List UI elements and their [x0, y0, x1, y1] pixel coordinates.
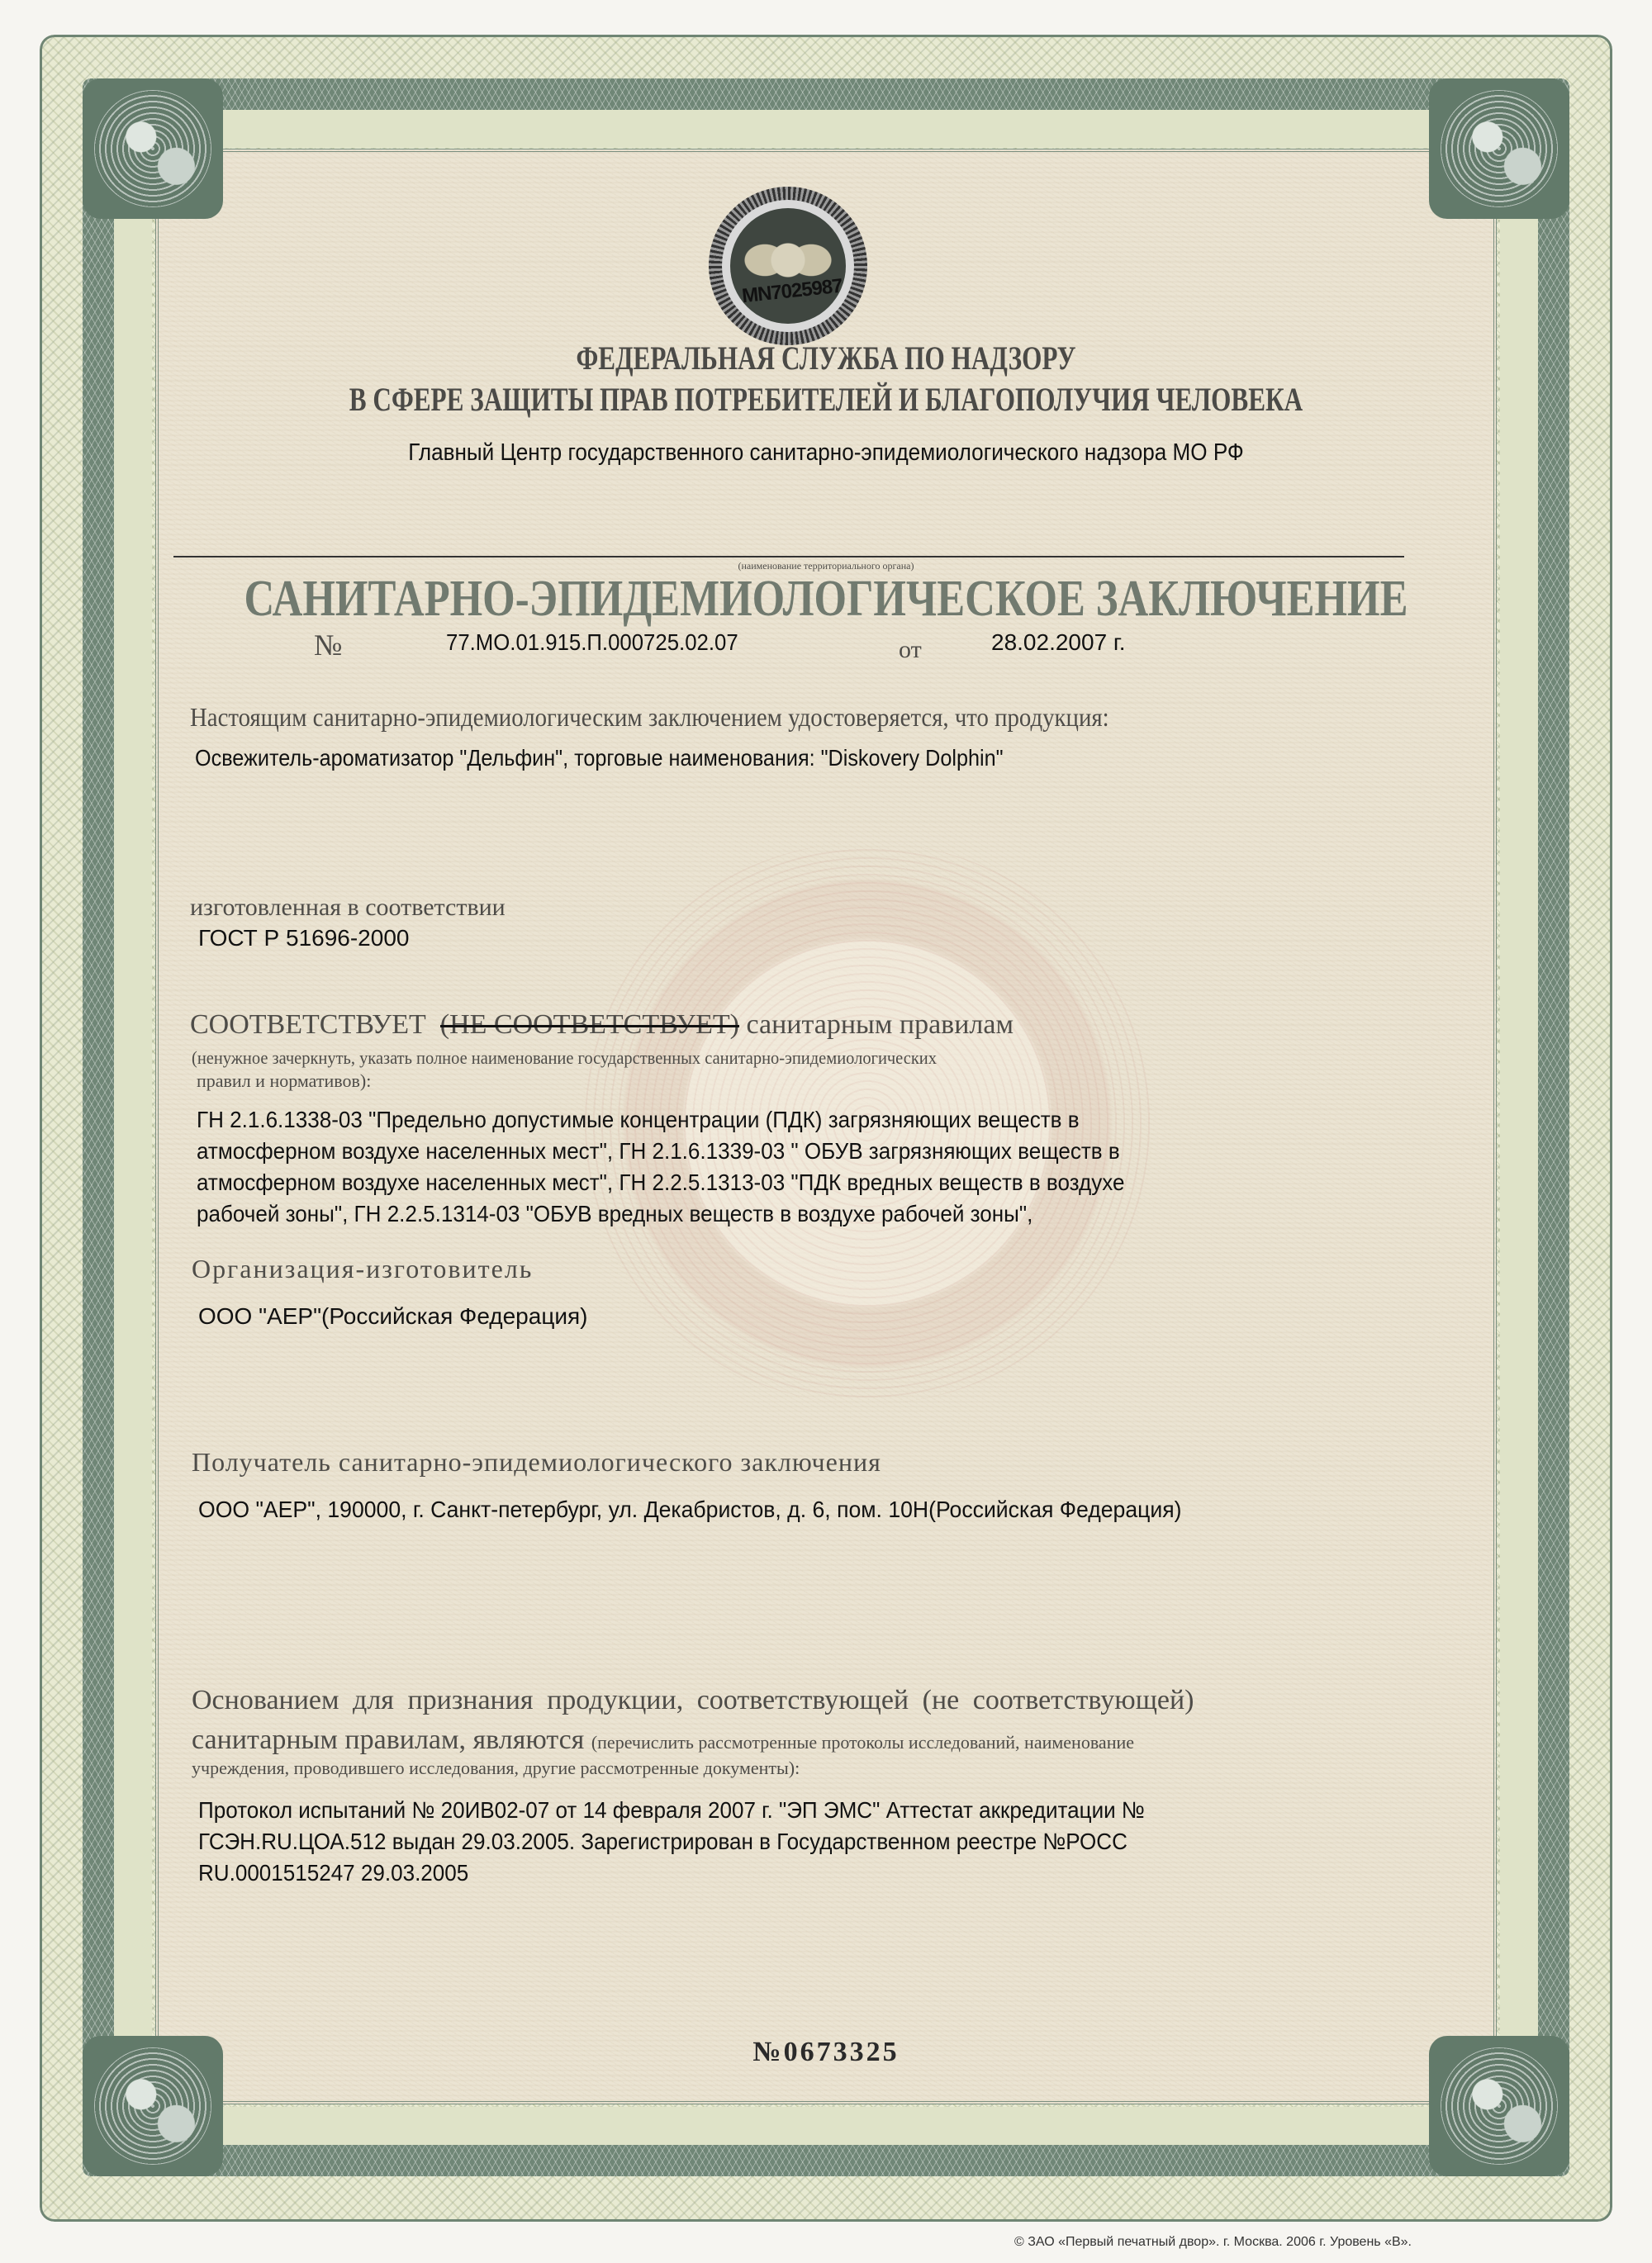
conformity-note-line2: правил и нормативов):: [197, 1070, 371, 1092]
number-label: №: [314, 628, 342, 662]
rule-line: атмосферном воздухе населенных мест", ГН…: [197, 1169, 1124, 1196]
conformity-line: СООТВЕТСТВУЕТ (НЕ СООТВЕТСТВУЕТ) санитар…: [190, 1009, 1014, 1041]
issuing-body: Главный Центр государственного санитарно…: [83, 439, 1569, 467]
made-per-standard: ГОСТ Р 51696-2000: [198, 925, 409, 951]
conclusion-date: 28.02.2007 г.: [991, 629, 1126, 656]
conformity-suffix: санитарным правилам: [746, 1009, 1014, 1040]
corner-ornament-icon: [1429, 78, 1569, 219]
rule-line: рабочей зоны", ГН 2.2.5.1314-03 "ОБУВ вр…: [197, 1201, 1032, 1227]
basis-document-line: RU.0001515247 29.03.2005: [198, 1860, 468, 1886]
basis-line2-main: санитарным правилам, являются: [192, 1725, 584, 1755]
basis-note-line3: учреждения, проводившего исследования, д…: [192, 1758, 800, 1779]
form-serial-number: №0673325: [0, 2037, 1652, 2068]
conclusion-number: 77.МО.01.915.П.000725.02.07: [446, 629, 738, 656]
hologram-emblem: MN7025987: [709, 187, 867, 345]
date-label: от: [899, 636, 922, 664]
conformity-status: СООТВЕТСТВУЕТ: [190, 1009, 426, 1040]
product-name: Освежитель-ароматизатор "Дельфин", торго…: [195, 745, 1004, 771]
recipient-label: Получатель санитарно-эпидемиологического…: [192, 1447, 881, 1478]
basis-line2: санитарным правилам, являются (перечисли…: [192, 1725, 1134, 1756]
basis-line1: Основанием для признания продукции, соот…: [192, 1685, 1194, 1716]
agency-name-line1: ФЕДЕРАЛЬНАЯ СЛУЖБА ПО НАДЗОРУ: [182, 339, 1470, 377]
basis-line2-note: (перечислить рассмотренные протоколы исс…: [591, 1732, 1134, 1753]
rule-line: ГН 2.1.6.1338-03 "Предельно допустимые к…: [197, 1107, 1080, 1133]
conformity-struck-option: (НЕ СООТВЕТСТВУЕТ): [440, 1009, 739, 1040]
conformity-note-line1: (ненужное зачеркнуть, указать полное наи…: [192, 1047, 937, 1069]
agency-name-line2: В СФЕРЕ ЗАЩИТЫ ПРАВ ПОТРЕБИТЕЛЕЙ И БЛАГО…: [182, 380, 1470, 419]
made-per-label: изготовленная в соответствии: [190, 894, 506, 922]
basis-document-line: ГСЭН.RU.ЦОА.512 выдан 29.03.2005. Зареги…: [198, 1829, 1127, 1855]
manufacturer-label: Организация-изготовитель: [192, 1254, 533, 1284]
basis-document-line: Протокол испытаний № 20ИВ02-07 от 14 фев…: [198, 1797, 1145, 1824]
printer-footer: © ЗАО «Первый печатный двор». г. Москва.…: [1014, 2235, 1412, 2250]
corner-ornament-icon: [83, 78, 223, 219]
recipient-value: ООО "АЕР", 190000, г. Санкт-петербург, у…: [198, 1497, 1181, 1523]
manufacturer-value: ООО "АЕР"(Российская Федерация): [198, 1303, 588, 1330]
document-title: САНИТАРНО-ЭПИДЕМИОЛОГИЧЕСКОЕ ЗАКЛЮЧЕНИЕ: [149, 570, 1503, 629]
product-intro: Настоящим санитарно-эпидемиологическим з…: [190, 702, 1109, 733]
issuer-underline: [173, 556, 1404, 557]
rule-line: атмосферном воздухе населенных мест", ГН…: [197, 1138, 1120, 1165]
